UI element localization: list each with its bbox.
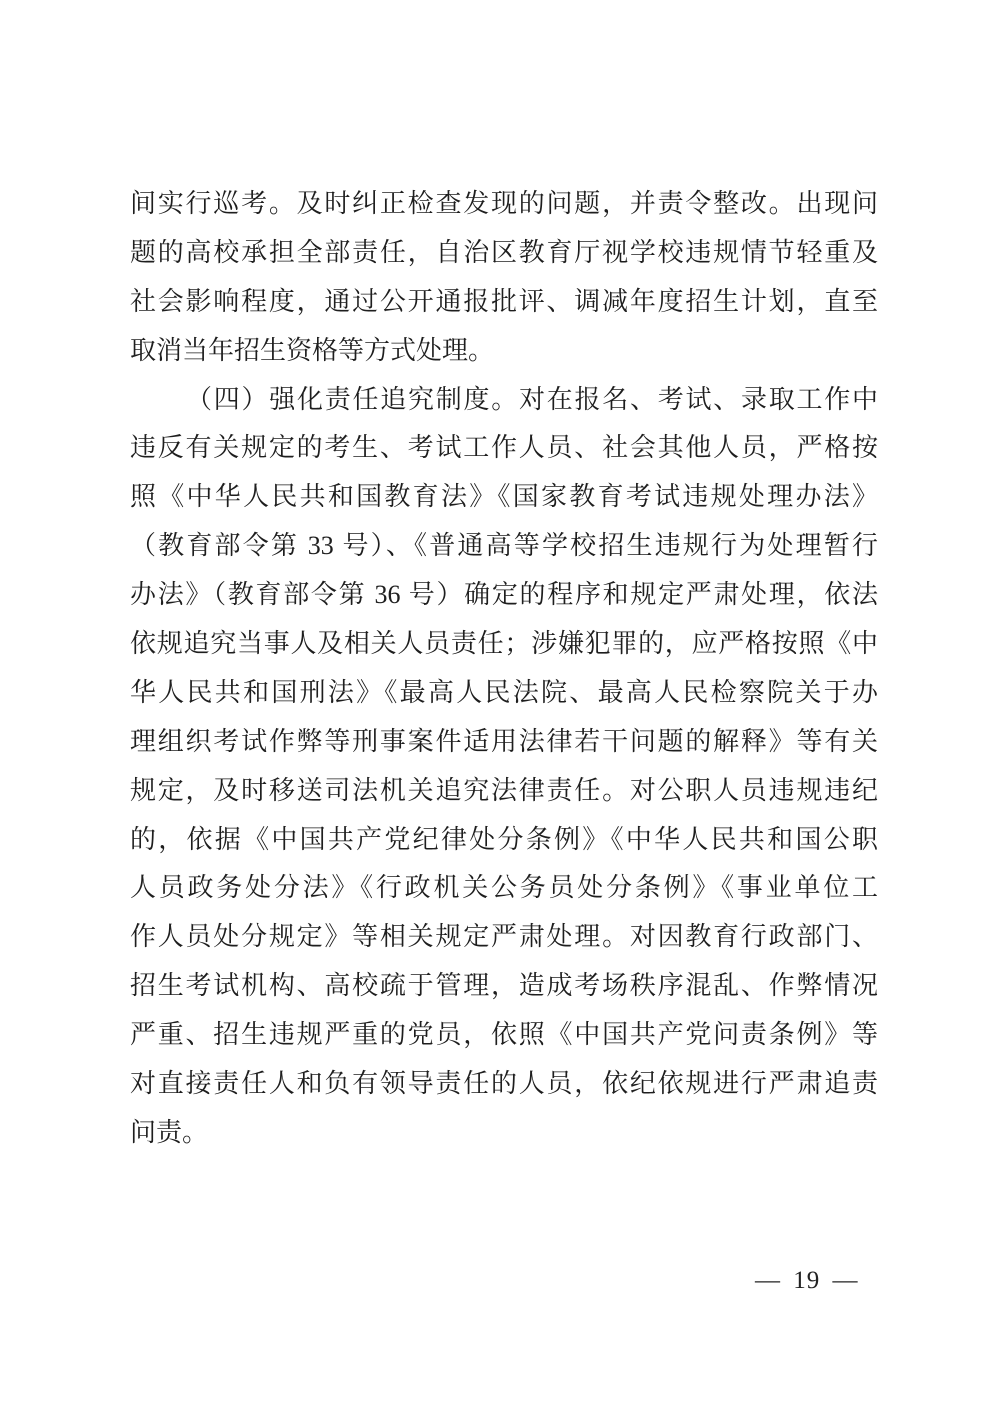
text-line: 规定，及时移送司法机关追究法律责任。对公职人员违规违纪 [130,767,878,816]
text-line: （教育部令第 33 号）、《普通高等学校招生违规行为处理暂行 [130,522,878,571]
text-line: 作人员处分规定》等相关规定严肃处理。对因教育行政部门、 [130,913,878,962]
text-line: 华人民共和国刑法》《最高人民法院、最高人民检察院关于办 [130,669,878,718]
text-line: 招生考试机构、高校疏于管理，造成考场秩序混乱、作弊情况 [130,962,878,1011]
text-line: 人员政务处分法》《行政机关公务员处分条例》《事业单位工 [130,864,878,913]
text-line: 问责。 [130,1109,878,1158]
text-line: 社会影响程度，通过公开通报批评、调减年度招生计划，直至 [130,278,878,327]
text-line: 严重、招生违规严重的党员，依照《中国共产党问责条例》等 [130,1011,878,1060]
text-line: 违反有关规定的考生、考试工作人员、社会其他人员，严格按 [130,424,878,473]
text-line: 间实行巡考。及时纠正检查发现的问题，并责令整改。出现问 [130,180,878,229]
text-line: （四）强化责任追究制度。对在报名、考试、录取工作中 [130,376,878,425]
text-line: 的，依据《中国共产党纪律处分条例》《中华人民共和国公职 [130,816,878,865]
text-line: 依规追究当事人及相关人员责任；涉嫌犯罪的，应严格按照《中 [130,620,878,669]
body-text: 间实行巡考。及时纠正检查发现的问题，并责令整改。出现问题的高校承担全部责任，自治… [130,180,878,1158]
text-line: 照《中华人民共和国教育法》《国家教育考试违规处理办法》 [130,473,878,522]
text-line: 理组织考试作弊等刑事案件适用法律若干问题的解释》等有关 [130,718,878,767]
page-number: — 19 — [755,1264,859,1298]
text-line: 题的高校承担全部责任，自治区教育厅视学校违规情节轻重及 [130,229,878,278]
document-page: 间实行巡考。及时纠正检查发现的问题，并责令整改。出现问题的高校承担全部责任，自治… [0,0,1000,1421]
text-line: 取消当年招生资格等方式处理。 [130,327,878,376]
text-line: 办法》（教育部令第 36 号）确定的程序和规定严肃处理，依法 [130,571,878,620]
text-line: 对直接责任人和负有领导责任的人员，依纪依规进行严肃追责 [130,1060,878,1109]
